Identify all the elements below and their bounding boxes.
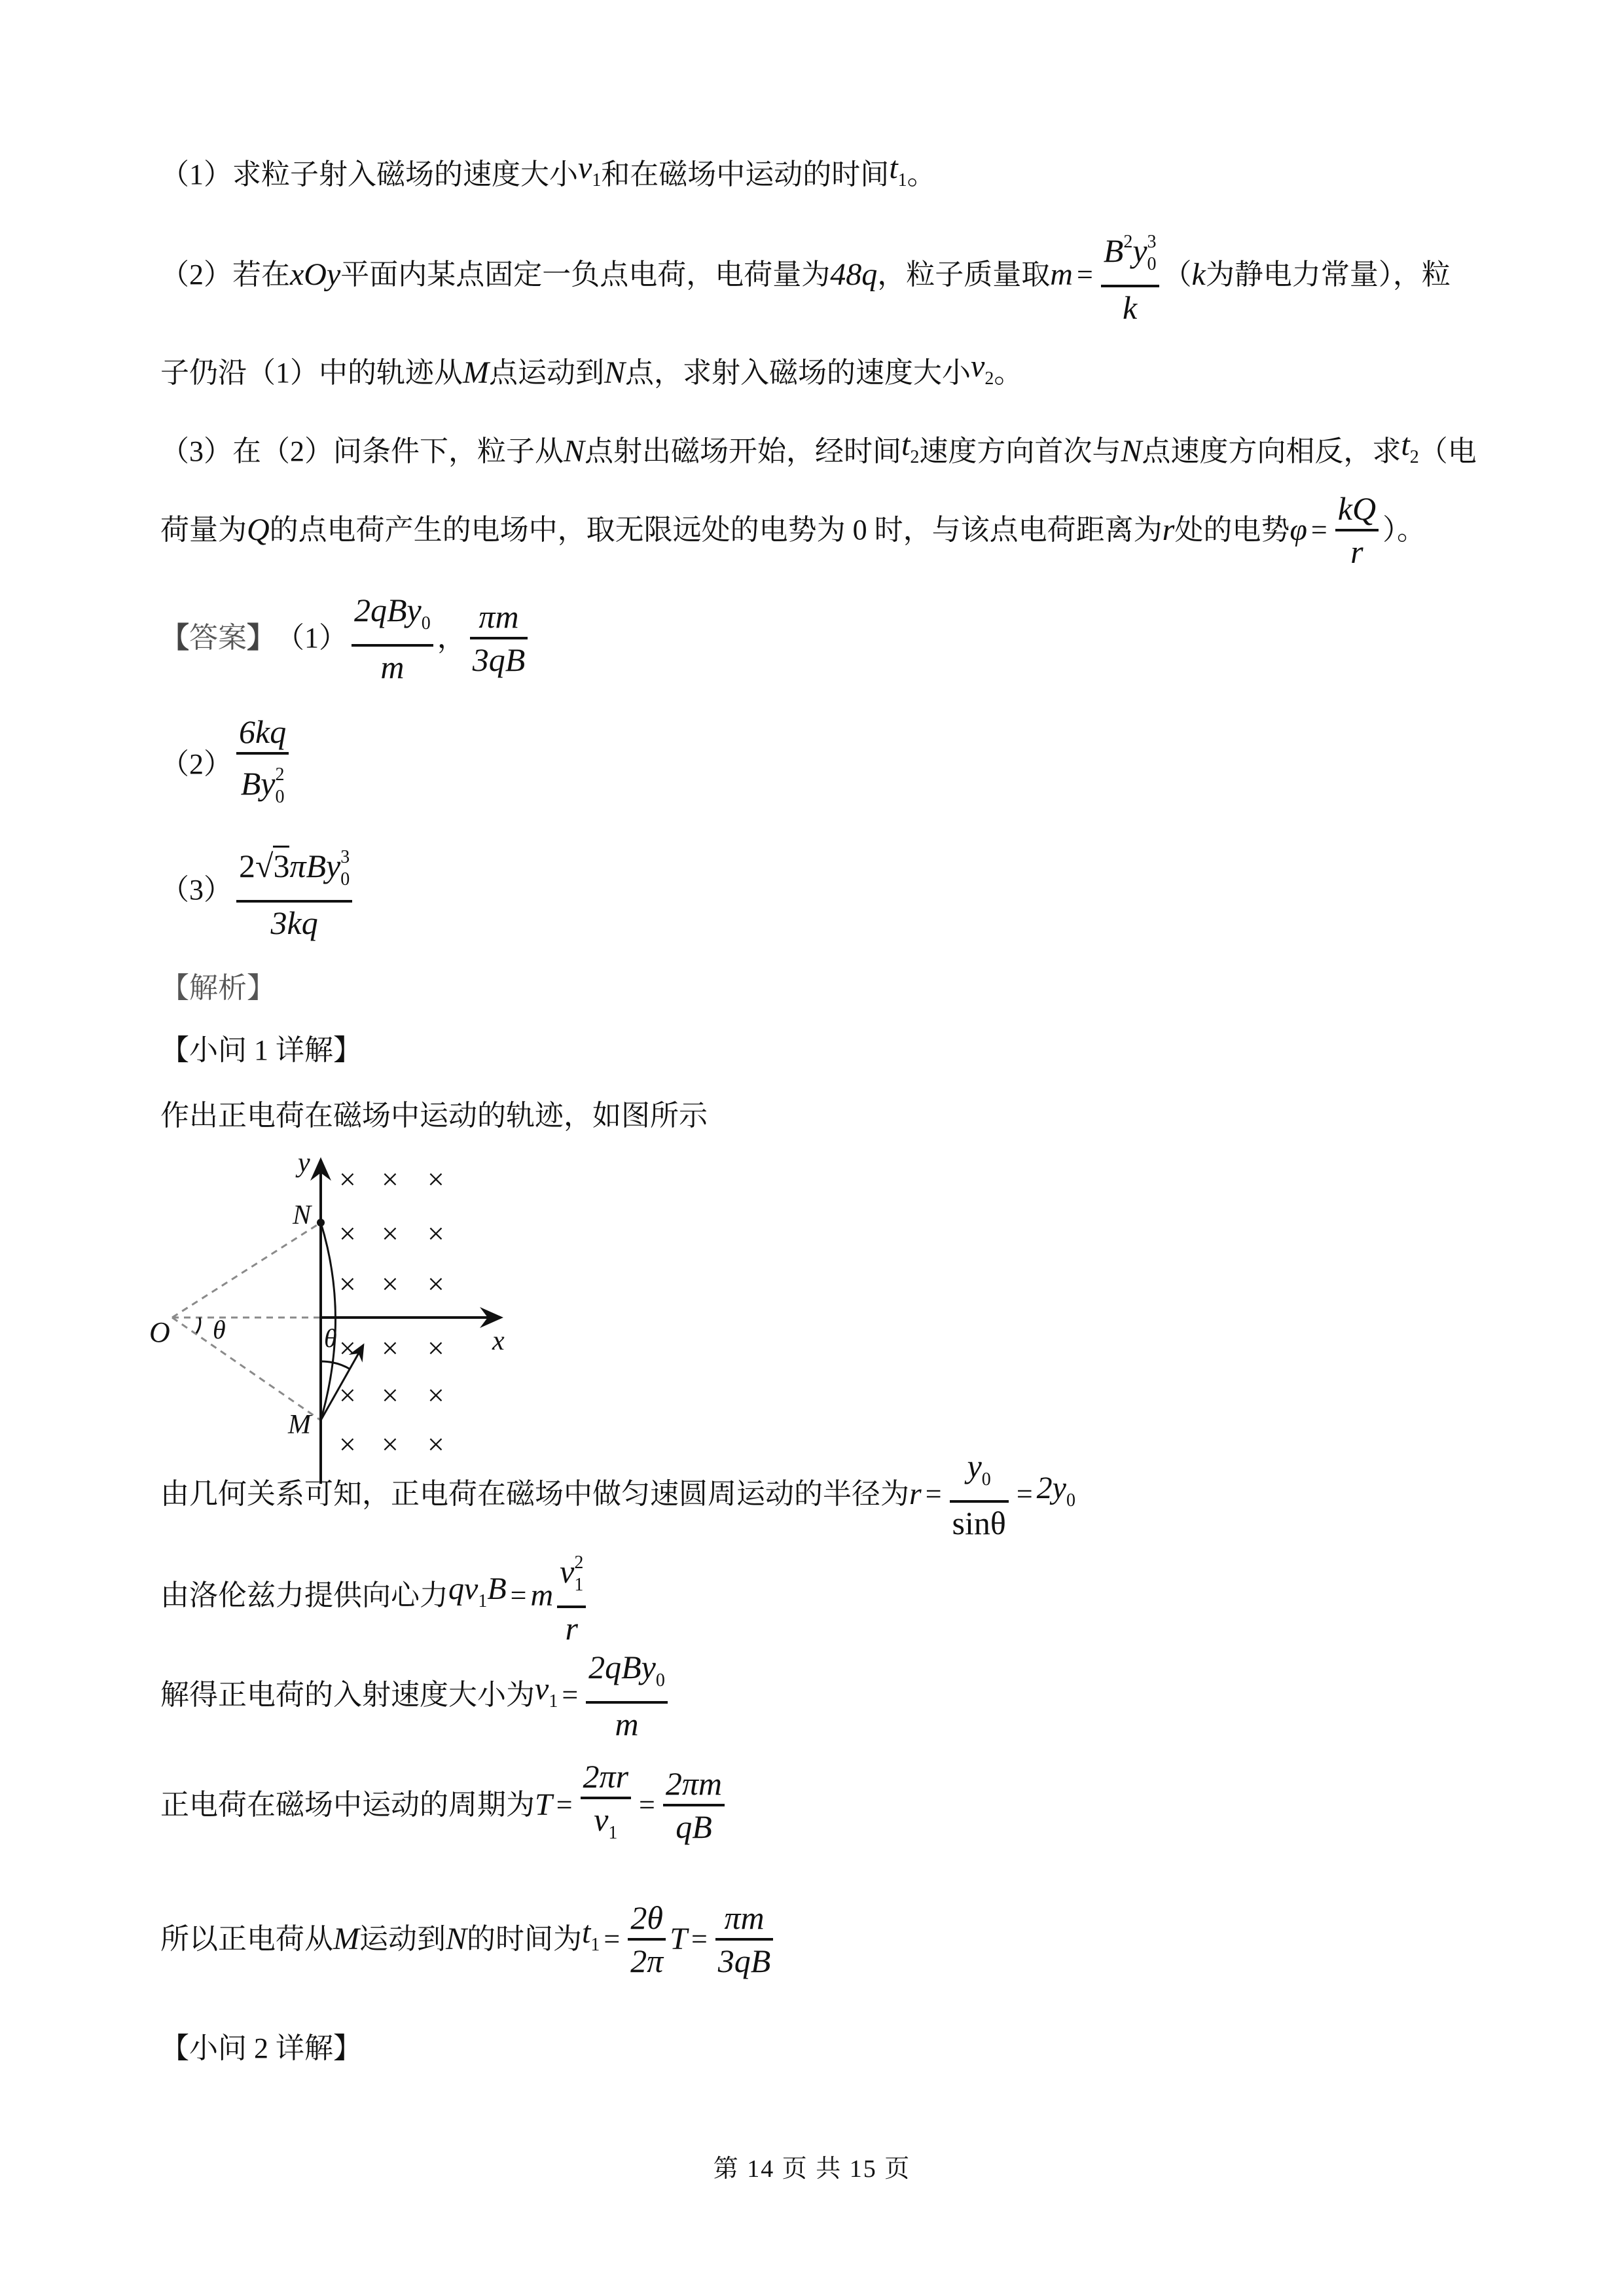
var-t1: t1 bbox=[889, 149, 907, 200]
step-period: 正电荷在磁场中运动的周期为 T = 2πr v1 = 2πm qB bbox=[160, 1761, 729, 1849]
period-fraction-2: 2πm qB bbox=[663, 1763, 725, 1847]
potential-fraction: kQ r bbox=[1335, 488, 1379, 572]
cross-icon: × bbox=[380, 1378, 400, 1412]
answer-bracket-open: 【 bbox=[160, 619, 189, 658]
dashed-radius-lines bbox=[172, 1223, 321, 1420]
step-radius-text: 由几何关系可知，正电荷在磁场中做匀速圆周运动的半径为 bbox=[160, 1475, 909, 1514]
answer-item-1: 【 答案 】 （1） 2qBy0 m ， πm 3qB bbox=[160, 596, 532, 681]
question-part2-line2: 子仍沿（1）中的轨迹从 M 点运动到 N 点，求射入磁场的速度大小 v2 。 bbox=[160, 347, 1022, 399]
var-phi: φ bbox=[1290, 511, 1307, 550]
question-part3-text-b: 速度方向首次与 bbox=[919, 432, 1121, 471]
var-N: N bbox=[446, 1920, 467, 1959]
cross-icon: × bbox=[425, 1162, 446, 1196]
question-part3-line2: 荷量为 Q 的点电荷产生的电场中，取无限远处的电势为 0 时，与该点电荷距离为 … bbox=[160, 488, 1426, 573]
point-N-dot bbox=[317, 1219, 325, 1227]
question-part3-line2-c: 处的电势 bbox=[1174, 511, 1290, 550]
var-m: m bbox=[530, 1576, 553, 1615]
question-part2-line2-text: 子仍沿（1）中的轨迹从 bbox=[160, 353, 463, 393]
angle-theta-O: θ bbox=[213, 1315, 226, 1344]
radius-fraction: y0 sinθ bbox=[950, 1446, 1009, 1543]
step-lorentz-text: 由洛伦兹力提供向心力 bbox=[160, 1576, 448, 1615]
step-lorentz: 由洛伦兹力提供向心力 qv1B = m v21 r bbox=[160, 1551, 590, 1640]
var-t2: t2 bbox=[901, 425, 919, 477]
var-r: r bbox=[909, 1475, 922, 1514]
question-part3-text-c: 点速度方向相反，求 bbox=[1142, 432, 1401, 471]
answer1-time-fraction: πm 3qB bbox=[470, 596, 528, 680]
step-time-text-c: 的时间为 bbox=[467, 1920, 582, 1959]
question-part1-mid: 和在磁场中运动的时间 bbox=[601, 155, 889, 194]
cross-icon: × bbox=[380, 1217, 400, 1250]
angle-theta-M: θ bbox=[324, 1323, 337, 1353]
diagram-intro-text: 作出正电荷在磁场中运动的轨迹，如图所示 bbox=[160, 1096, 708, 1136]
cross-icon: × bbox=[337, 1331, 357, 1365]
var-M: M bbox=[463, 353, 489, 393]
time-result-fraction: πm 3qB bbox=[715, 1897, 774, 1981]
step-time-text: 所以正电荷从 bbox=[160, 1920, 333, 1959]
cross-icon: × bbox=[425, 1331, 446, 1365]
step-time: 所以正电荷从 M 运动到 N 的时间为 t1 = 2θ 2π T = πm 3q… bbox=[160, 1895, 777, 1983]
answer-index: （2） bbox=[160, 745, 232, 784]
question-part3-text-a: 点射出磁场开始，经时间 bbox=[585, 432, 901, 471]
mass-fraction: B2y30 k bbox=[1101, 222, 1159, 328]
diagram-intro: 作出正电荷在磁场中运动的轨迹，如图所示 bbox=[160, 1096, 708, 1136]
velocity-fraction: 2qBy0 m bbox=[586, 1647, 668, 1744]
question-part3-line2-b: 的点电荷产生的电场中，取无限远处的电势为 0 时，与该点电荷距离为 bbox=[270, 511, 1163, 550]
y-axis-label: y bbox=[295, 1148, 310, 1178]
time-angle-fraction: 2θ 2π bbox=[628, 1897, 666, 1981]
angle-arc-O bbox=[196, 1318, 200, 1333]
var-m: m bbox=[1050, 255, 1073, 295]
question-part2-text-b: ，粒子质量取 bbox=[877, 255, 1050, 295]
question-part2-line2-end: 。 bbox=[994, 353, 1022, 393]
step-velocity: 解得正电荷的入射速度大小为 v1 = 2qBy0 m bbox=[160, 1653, 672, 1738]
point-O-label: O bbox=[149, 1316, 170, 1348]
step-radius: 由几何关系可知，正电荷在磁场中做匀速圆周运动的半径为 r = y0 sinθ =… bbox=[160, 1452, 1075, 1537]
var-k: k bbox=[1192, 255, 1206, 295]
subquestion1-title-text: 【小问 1 详解】 bbox=[160, 1031, 362, 1070]
var-v1: v1 bbox=[535, 1670, 558, 1721]
question-part2-line1: （2）若在 xOy 平面内某点固定一负点电荷，电荷量为 48q ，粒子质量取 m… bbox=[160, 229, 1451, 321]
var-N: N bbox=[604, 353, 625, 393]
subquestion2-title-text: 【小问 2 详解】 bbox=[160, 2029, 362, 2068]
page-footer: 第 14 页 共 15 页 bbox=[0, 2148, 1624, 2184]
question-part1: （1）求粒子射入磁场的速度大小 v1 和在磁场中运动的时间 t1 。 bbox=[160, 149, 936, 200]
question-part2-text-d: 为静电力常量），粒 bbox=[1206, 255, 1451, 295]
question-part1-text: （1）求粒子射入磁场的速度大小 bbox=[160, 155, 578, 194]
lorentz-lhs: qv1B bbox=[448, 1570, 507, 1621]
trajectory-arc bbox=[321, 1223, 336, 1420]
answer-label: 答案 bbox=[189, 619, 247, 658]
cross-icon: × bbox=[337, 1267, 357, 1300]
question-part1-end: 。 bbox=[907, 155, 936, 194]
question-part3-line1: （3）在（2）问条件下，粒子从 N 点射出磁场开始，经时间 t2 速度方向首次与… bbox=[160, 425, 1477, 477]
trajectory-diagram: y x N M O θ θ × × × × × × × × × × × × × … bbox=[144, 1142, 524, 1489]
answer-index: （1） bbox=[276, 619, 348, 658]
magnetic-field-crosses: × × × × × × × × × × × × × × × × × × bbox=[337, 1162, 446, 1461]
var-T: T bbox=[670, 1920, 687, 1959]
cross-icon: × bbox=[425, 1217, 446, 1250]
question-part3-line2-a: 荷量为 bbox=[160, 511, 247, 550]
radius-result: 2y0 bbox=[1037, 1469, 1075, 1520]
var-r: r bbox=[1163, 511, 1175, 550]
var-N: N bbox=[564, 432, 585, 471]
answer1-velocity-fraction: 2qBy0 m bbox=[352, 590, 433, 687]
analysis-label: 【解析】 bbox=[160, 969, 276, 1008]
answer-index: （3） bbox=[160, 870, 232, 910]
point-N-label: N bbox=[292, 1200, 312, 1230]
cross-icon: × bbox=[425, 1267, 446, 1300]
cross-icon: × bbox=[337, 1378, 357, 1412]
answer-bracket-close: 】 bbox=[247, 619, 276, 658]
point-M-label: M bbox=[287, 1410, 312, 1440]
cross-icon: × bbox=[380, 1331, 400, 1365]
centripetal-fraction: v21 r bbox=[557, 1543, 586, 1649]
var-M: M bbox=[333, 1920, 359, 1959]
cross-icon: × bbox=[337, 1217, 357, 1250]
answer2-fraction: 6kq By20 bbox=[236, 711, 289, 817]
var-v1: v1 bbox=[578, 149, 601, 200]
analysis-label-text: 【解析】 bbox=[160, 969, 276, 1008]
cross-icon: × bbox=[380, 1162, 400, 1196]
var-charge: 48q bbox=[830, 255, 877, 295]
question-part3-prefix: （3）在（2）问条件下，粒子从 bbox=[160, 432, 564, 471]
paren-open: （ bbox=[1163, 255, 1192, 295]
var-v2: v2 bbox=[971, 347, 994, 399]
cross-icon: × bbox=[337, 1162, 357, 1196]
var-N: N bbox=[1121, 432, 1142, 471]
cross-icon: × bbox=[425, 1378, 446, 1412]
answer-item-2: （2） 6kq By20 bbox=[160, 720, 293, 808]
step-time-text-b: 运动到 bbox=[359, 1920, 446, 1959]
step-period-text: 正电荷在磁场中运动的周期为 bbox=[160, 1785, 535, 1825]
question-part2-line2-c: 点，求射入磁场的速度大小 bbox=[625, 353, 971, 393]
question-part2-line2-b: 点运动到 bbox=[489, 353, 604, 393]
answer3-fraction: 2√3πBy30 3kq bbox=[236, 837, 352, 943]
subquestion1-title: 【小问 1 详解】 bbox=[160, 1031, 362, 1070]
answer-item-3: （3） 2√3πBy30 3kq bbox=[160, 844, 356, 936]
step-velocity-text: 解得正电荷的入射速度大小为 bbox=[160, 1676, 535, 1715]
cross-icon: × bbox=[380, 1267, 400, 1300]
var-t2: t2 bbox=[1401, 425, 1418, 477]
x-axis-label: x bbox=[492, 1326, 505, 1356]
var-t1: t1 bbox=[582, 1913, 600, 1965]
period-fraction-1: 2πr v1 bbox=[581, 1756, 632, 1854]
question-part2-prefix: （2）若在 bbox=[160, 255, 290, 295]
var-xoy: xOy bbox=[290, 255, 340, 295]
var-T: T bbox=[535, 1785, 552, 1825]
subquestion2-title: 【小问 2 详解】 bbox=[160, 2029, 362, 2068]
var-Q: Q bbox=[247, 511, 270, 550]
question-part2-text-a: 平面内某点固定一负点电荷，电荷量为 bbox=[340, 255, 830, 295]
question-part3-line2-end: ）。 bbox=[1382, 511, 1426, 550]
answer-separator: ， bbox=[437, 619, 466, 658]
question-part3-text-d: （电 bbox=[1419, 432, 1477, 471]
